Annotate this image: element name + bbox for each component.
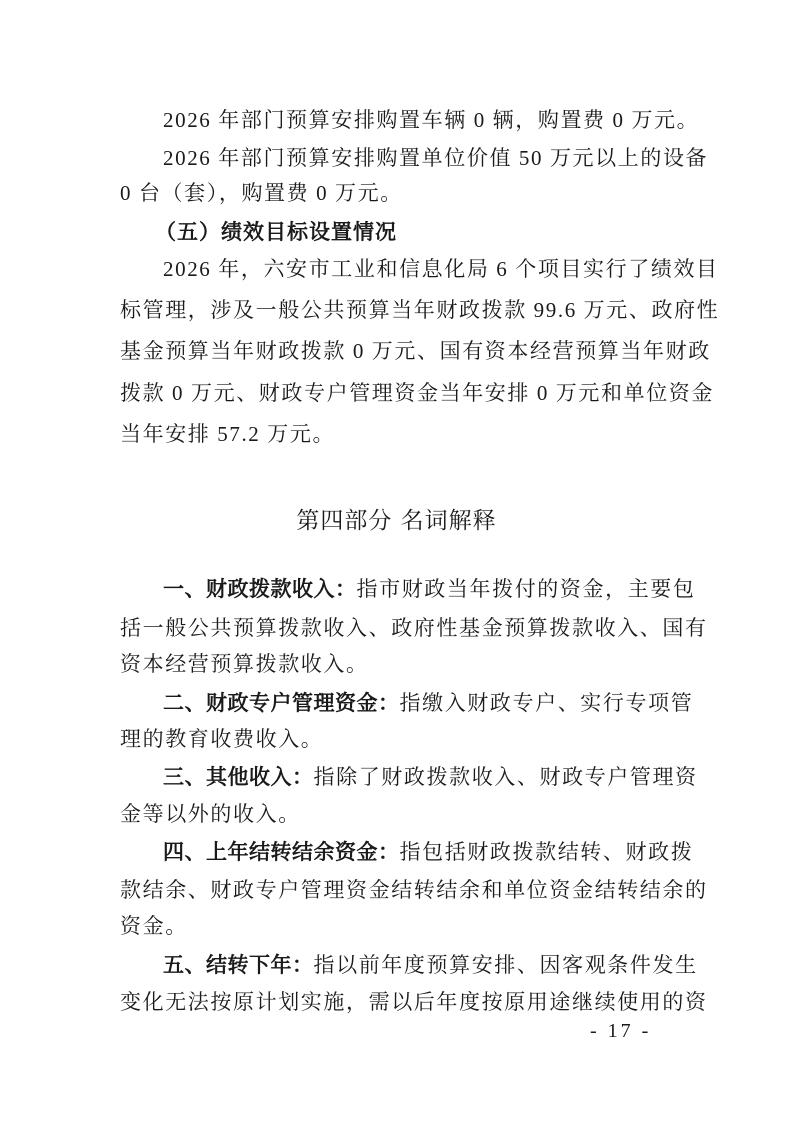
term-definition-line: 括一般公共预算拨款收入、政府性基金预算拨款收入、国有	[120, 616, 680, 640]
term-definition-line: 理的教育收费收入。	[120, 727, 680, 751]
term-label: 三、其他收入：	[163, 765, 314, 789]
paragraph-equipment-line1: 2026 年部门预算安排购置单位价值 50 万元以上的设备	[163, 146, 680, 170]
term-definition: 指除了财政拨款收入、财政专户管理资	[314, 765, 698, 789]
performance-line: 2026 年，六安市工业和信息化局 6 个项目实行了绩效目	[163, 257, 680, 281]
term-1: 一、财政拨款收入：指市财政当年拨付的资金，主要包	[163, 577, 680, 601]
term-4: 四、上年结转结余资金：指包括财政拨款结转、财政拨	[163, 840, 680, 864]
performance-line: 基金预算当年财政拨款 0 万元、国有资本经营预算当年财政	[120, 339, 680, 363]
performance-line: 当年安排 57.2 万元。	[120, 422, 680, 446]
term-definition-line: 金等以外的收入。	[120, 802, 680, 826]
section-title-performance: （五）绩效目标设置情况	[155, 220, 715, 244]
term-definition-line: 资本经营预算拨款收入。	[120, 652, 680, 676]
term-definition-line: 变化无法按原计划实施，需以后年度按原用途继续使用的资	[120, 990, 680, 1014]
performance-line: 拨款 0 万元、财政专户管理资金当年安排 0 万元和单位资金	[120, 381, 680, 405]
term-definition: 指缴入财政专户、实行专项管	[400, 691, 694, 715]
part-heading: 第四部分 名词解释	[0, 502, 793, 535]
term-definition-line: 资金。	[120, 914, 680, 938]
term-5: 五、结转下年：指以前年度预算安排、因客观条件发生	[163, 953, 680, 977]
paragraph-equipment-line2: 0 台（套），购置费 0 万元。	[120, 181, 680, 205]
term-label: 四、上年结转结余资金：	[163, 840, 400, 864]
term-label: 五、结转下年：	[163, 953, 314, 977]
term-definition: 指以前年度预算安排、因客观条件发生	[314, 953, 698, 977]
performance-line: 标管理，涉及一般公共预算当年财政拨款 99.6 万元、政府性	[120, 298, 680, 322]
term-label: 一、财政拨款收入：	[163, 577, 357, 601]
term-definition: 指市财政当年拨付的资金，主要包	[357, 577, 696, 601]
term-label: 二、财政专户管理资金：	[163, 691, 400, 715]
term-2: 二、财政专户管理资金：指缴入财政专户、实行专项管	[163, 691, 680, 715]
paragraph-vehicle: 2026 年部门预算安排购置车辆 0 辆，购置费 0 万元。	[163, 108, 680, 132]
term-definition-line: 款结余、财政专户管理资金结转结余和单位资金结转结余的	[120, 878, 680, 902]
page-number: - 17 -	[590, 1020, 651, 1043]
term-definition: 指包括财政拨款结转、财政拨	[400, 840, 694, 864]
term-3: 三、其他收入：指除了财政拨款收入、财政专户管理资	[163, 765, 680, 789]
